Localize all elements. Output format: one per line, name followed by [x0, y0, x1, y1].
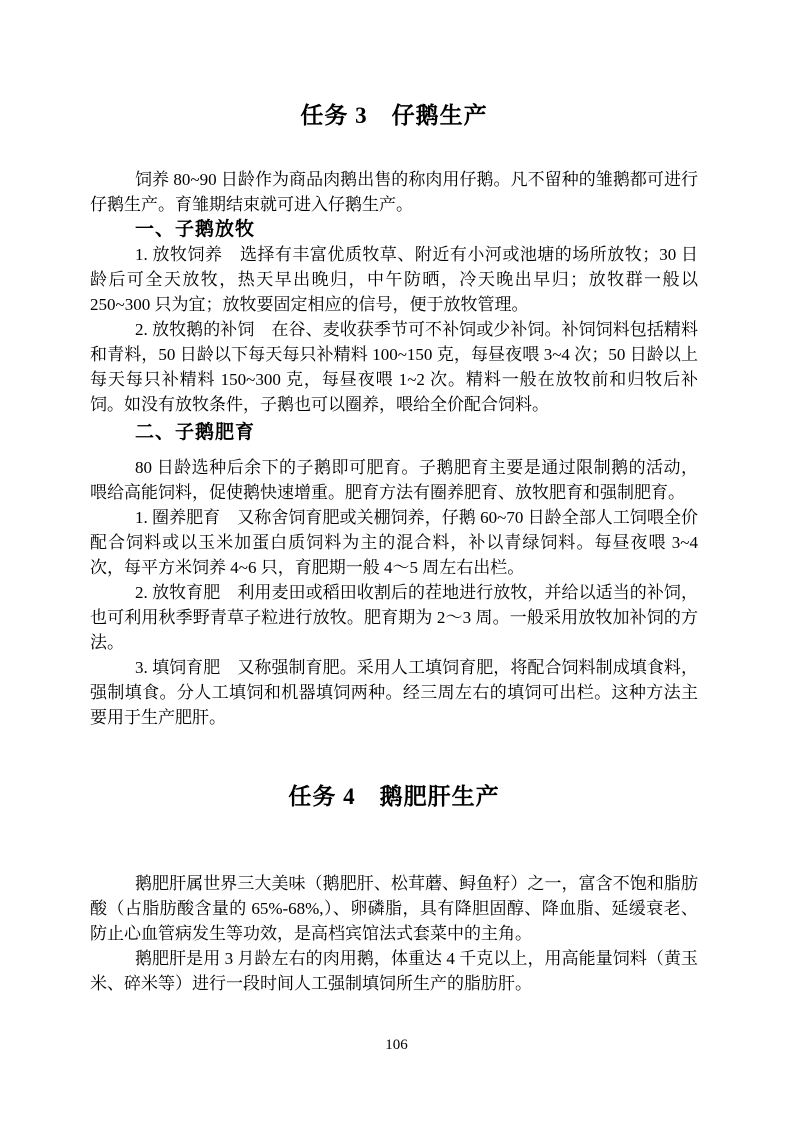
- section1-item-2: 2. 放牧鹅的补饲 在谷、麦收获季节可不补饲或少补饲。补饲饲料包括精料和青料，5…: [90, 317, 698, 417]
- task4-paragraph-2: 鹅肥肝是用 3 月龄左右的肉用鹅，体重达 4 千克以上，用高能量饲料（黄玉米、碎…: [90, 946, 698, 996]
- section2-item-1: 1. 圈养肥育 又称舍饲育肥或关棚饲养，仔鹅 60~70 日龄全部人工饲喂全价配…: [90, 505, 698, 580]
- section2-heading: 二、子鹅肥育: [90, 420, 698, 445]
- task4-paragraph-1: 鹅肥肝属世界三大美味（鹅肥肝、松茸蘑、鲟鱼籽）之一，富含不饱和脂肪酸（占脂肪酸含…: [90, 871, 698, 946]
- task3-intro-paragraph: 饲养 80~90 日龄作为商品肉鹅出售的称肉用仔鹅。凡不留种的雏鹅都可进行仔鹅生…: [90, 167, 698, 217]
- section2-intro-paragraph: 80 日龄选种后余下的子鹅即可肥育。子鹅肥育主要是通过限制鹅的活动，喂给高能饲料…: [90, 455, 698, 505]
- section2-item-2: 2. 放牧育肥 利用麦田或稻田收割后的茬地进行放牧，并给以适当的补饲，也可利用秋…: [90, 580, 698, 655]
- task3-title: 任务 3 仔鹅生产: [90, 102, 698, 130]
- task4-title: 任务 4 鹅肥肝生产: [90, 783, 698, 811]
- page-number: 106: [0, 1037, 793, 1054]
- document-page: 任务 3 仔鹅生产 饲养 80~90 日龄作为商品肉鹅出售的称肉用仔鹅。凡不留种…: [0, 0, 793, 1122]
- section1-heading: 一、子鹅放牧: [90, 217, 698, 242]
- section1-item-1: 1. 放牧饲养 选择有丰富优质牧草、附近有小河或池塘的场所放牧；30 日龄后可全…: [90, 242, 698, 317]
- section2-item-3: 3. 填饲育肥 又称强制育肥。采用人工填饲育肥，将配合饲料制成填食料，强制填食。…: [90, 655, 698, 730]
